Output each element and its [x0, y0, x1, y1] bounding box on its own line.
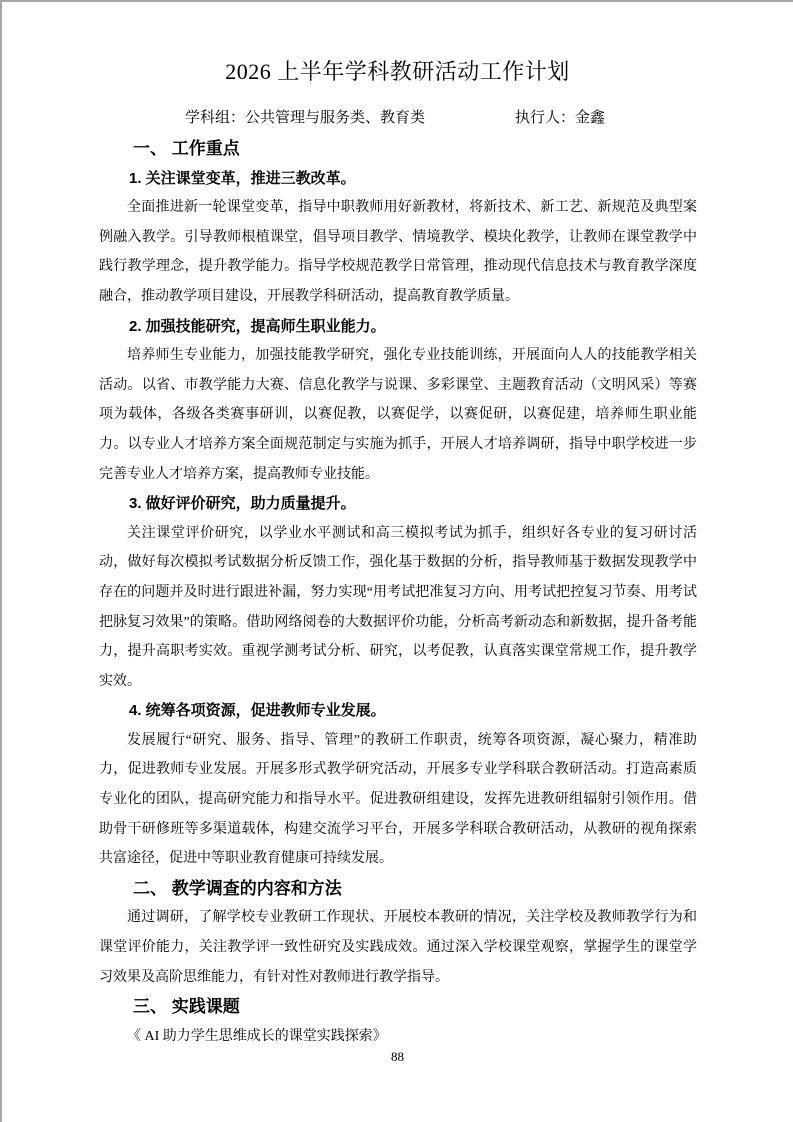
paragraph-1-3: 关注课堂评价研究，以学业水平测试和高三模拟考试为抓手，组织好各专业的复习研讨活动…	[99, 519, 697, 697]
section-heading-1: 一、 工作重点	[99, 134, 697, 164]
page-number: 88	[2, 1050, 793, 1064]
doc-body: 一、 工作重点 1. 关注课堂变革，推进三教改革。 全面推进新一轮课堂变革，指导…	[99, 134, 697, 1051]
subheading-1-1: 1. 关注课堂变革，推进三教改革。	[99, 164, 697, 194]
subheading-1-3: 3. 做好评价研究，助力质量提升。	[99, 489, 697, 519]
doc-meta: 学科组：公共管理与服务类、教育类 执行人：金鑫	[2, 108, 793, 128]
paragraph-2-1: 通过调研，了解学校专业教研工作现状、开展校本教研的情况，关注学校及教师教学行为和…	[99, 903, 697, 992]
subject-group-field: 学科组：公共管理与服务类、教育类	[185, 108, 425, 128]
subheading-1-4: 4. 统筹各项资源，促进教师专业发展。	[99, 696, 697, 726]
section-heading-2: 二、 教学调查的内容和方法	[99, 874, 697, 904]
paragraph-1-2: 培养师生专业能力，加强技能教学研究，强化专业技能训练，开展面向人人的技能教学相关…	[99, 341, 697, 489]
doc-title: 2026 上半年学科教研活动工作计划	[2, 56, 793, 88]
subheading-1-2: 2. 加强技能研究，提高师生职业能力。	[99, 312, 697, 342]
practice-topic-title: 《 AI 助力学生思维成长的课堂实践探索》	[99, 1022, 697, 1052]
paragraph-1-1: 全面推进新一轮课堂变革，指导中职教师用好新教材，将新技术、新工艺、新规范及典型案…	[99, 193, 697, 311]
executor-field: 执行人：金鑫	[515, 108, 605, 128]
document-page: 2026 上半年学科教研活动工作计划 学科组：公共管理与服务类、教育类 执行人：…	[0, 0, 793, 1122]
section-heading-3: 三、 实践课题	[99, 992, 697, 1022]
paragraph-1-4: 发展履行“研究、服务、指导、管理”的教研工作职责，统筹各项资源，凝心聚力，精准助…	[99, 726, 697, 874]
